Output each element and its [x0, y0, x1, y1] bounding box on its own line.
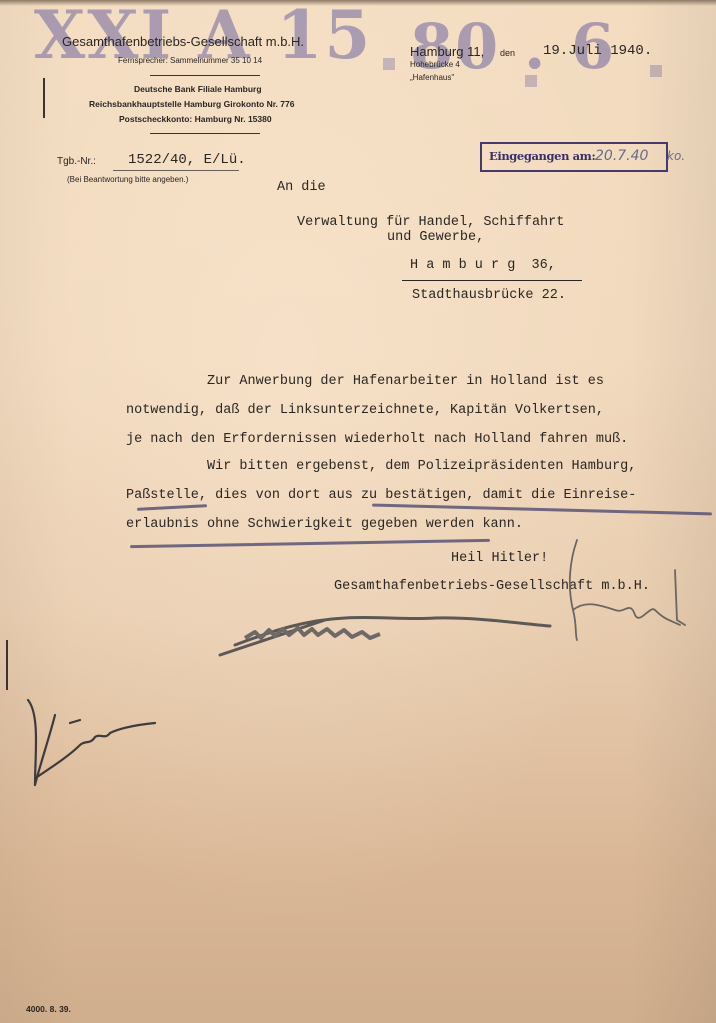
received-date: 20.7.40: [595, 148, 648, 164]
body-paragraph-2-line-1: Wir bitten ergebenst, dem Polizeipräside…: [207, 459, 636, 474]
letterhead-building: „Hafenhaus": [410, 73, 454, 82]
recipient-city: H a m b u r g 36,: [410, 258, 556, 273]
letterhead-rule: [150, 75, 260, 76]
letterhead-street: Hohebrücke 4: [410, 60, 460, 69]
letter-date: 19.Juli 1940.: [543, 43, 652, 59]
signature-second: [555, 540, 705, 650]
letterhead-bank-3: Postscheckkonto: Hamburg Nr. 15380: [119, 114, 272, 124]
footer-print-code: 4000. 8. 39.: [26, 1004, 71, 1014]
pen-underline: [372, 504, 712, 516]
recipient-rule: [402, 280, 582, 281]
recipient-street: Stadthausbrücke 22.: [412, 288, 566, 303]
letterhead-place: Hamburg 11,: [410, 44, 484, 59]
body-paragraph-1-line-1: Zur Anwerbung der Hafenarbeiter in Holla…: [207, 374, 604, 389]
received-stamp: Eingegangen am: 20.7.40: [480, 142, 668, 172]
received-label: Eingegangen am:: [489, 149, 595, 163]
margin-mark: [6, 640, 8, 690]
margin-mark: [43, 78, 45, 118]
stamp-mark: [383, 58, 395, 70]
recipient-line-1: Verwaltung für Handel, Schiffahrt: [297, 215, 564, 230]
letterhead-rule: [150, 133, 260, 134]
signature-main: [215, 590, 515, 670]
reference-number: 1522/40, E/Lü.: [128, 152, 246, 168]
closing-greeting: Heil Hitler!: [451, 551, 548, 566]
received-initial: ko.: [667, 149, 685, 163]
letterhead-phone: Fernsprecher: Sammelnummer 35 10 14: [118, 56, 262, 65]
reference-label: Tgb.-Nr.:: [57, 156, 96, 167]
body-paragraph-1-line-3: je nach den Erfordernissen wiederholt na…: [126, 432, 628, 447]
stamp-mark: [650, 65, 662, 77]
letterhead-company: Gesamthafenbetriebs-Gesellschaft m.b.H.: [62, 34, 304, 49]
pen-underline: [130, 539, 490, 548]
reference-note: (Bei Beantwortung bitte angeben.): [67, 175, 188, 184]
letterhead-bank-1: Deutsche Bank Filiale Hamburg: [134, 84, 262, 94]
body-paragraph-1-line-2: notwendig, daß der Linksunterzeichnete, …: [126, 403, 604, 418]
body-paragraph-2-line-2: Paßstelle, dies von dort aus zu bestätig…: [126, 488, 636, 503]
letterhead-den: den: [500, 48, 515, 58]
stamp-mark: [525, 75, 537, 87]
recipient-salutation: An die: [277, 180, 326, 195]
recipient-line-2: und Gewerbe,: [387, 230, 484, 245]
body-paragraph-2-line-3: erlaubnis ohne Schwierigkeit gegeben wer…: [126, 517, 523, 532]
signature-kapitan: [25, 695, 175, 795]
letterhead-bank-2: Reichsbankhauptstelle Hamburg Girokonto …: [89, 99, 294, 109]
reference-rule: [113, 170, 239, 171]
pen-underline: [137, 504, 207, 511]
